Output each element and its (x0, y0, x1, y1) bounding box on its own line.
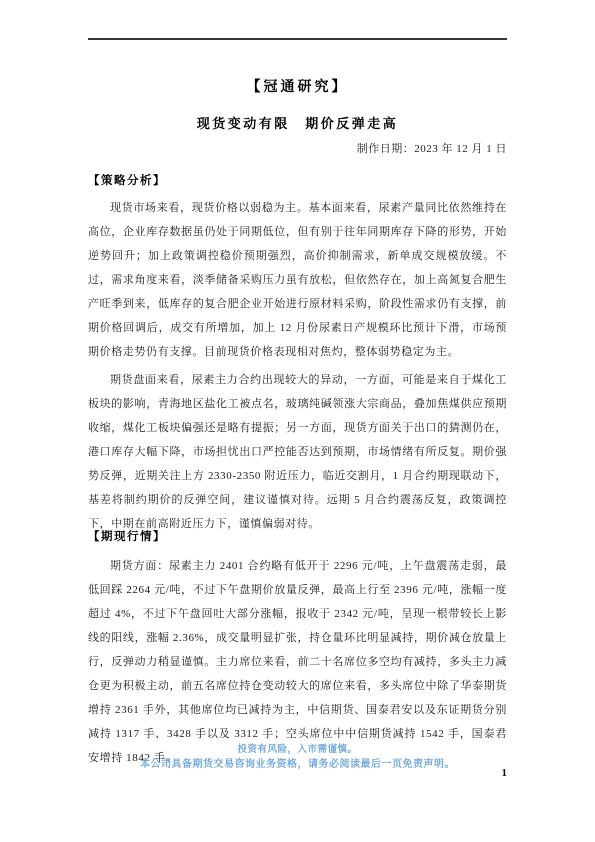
section-heading-strategy-analysis: 【策略分析】 (88, 172, 166, 188)
quotes-paragraph-futures-detail: 期货方面：尿素主力 2401 合约略有低开于 2296 元/吨，上午盘震荡走弱，… (88, 554, 507, 770)
strategy-paragraph-spot-market: 现货市场来看，现货价格以弱稳为主。基本面来看，尿素产量同比依然维持在高位，企业库… (88, 196, 507, 364)
brand-header: 【冠通研究】 (0, 76, 595, 96)
report-date: 制作日期：2023 年 12 月 1 日 (88, 140, 507, 156)
section-heading-futures-spot-quotes: 【期现行情】 (88, 528, 166, 544)
strategy-paragraph-futures-board: 期货盘面来看，尿素主力合约出现较大的异动，一方面，可能是来自于煤化工板块的影响，… (88, 368, 507, 536)
header-rule (88, 38, 507, 40)
document-page: 【冠通研究】 现货变动有限 期价反弹走高 制作日期：2023 年 12 月 1 … (0, 0, 595, 842)
footer-risk-warning: 投资有风险，入市需谨慎。 (0, 741, 595, 755)
page-title: 现货变动有限 期价反弹走高 (0, 113, 595, 132)
page-number: 1 (88, 767, 507, 779)
